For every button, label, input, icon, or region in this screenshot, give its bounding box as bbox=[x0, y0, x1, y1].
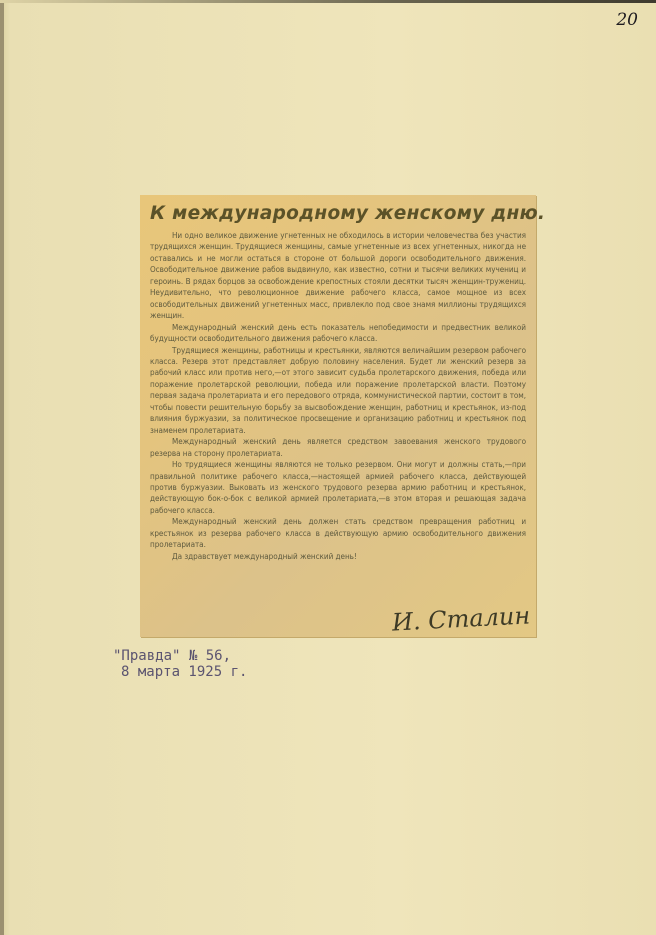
article-paragraph: Международный женский день есть показате… bbox=[150, 322, 526, 345]
archive-sheet: 20 К международному женскому дню. Ни одн… bbox=[0, 0, 656, 935]
article-paragraph: Да здравствует международный женский ден… bbox=[150, 551, 526, 562]
page-number: 20 bbox=[616, 10, 638, 30]
article-paragraph: Трудящиеся женщины, работницы и крестьян… bbox=[150, 345, 526, 437]
article-paragraph: Международный женский день должен стать … bbox=[150, 516, 526, 550]
newspaper-clipping: К международному женскому дню. Ни одно в… bbox=[140, 195, 536, 637]
article-paragraph: Ни одно великое движение угнетенных не о… bbox=[150, 230, 526, 322]
article-paragraph: Международный женский день является сред… bbox=[150, 436, 526, 459]
article-paragraph: Но трудящиеся женщины являются не только… bbox=[150, 459, 526, 516]
article-body: Ни одно великое движение угнетенных не о… bbox=[150, 230, 526, 562]
source-line-publication: "Правда" № 56, bbox=[113, 648, 247, 664]
handwritten-signature: И. Сталин bbox=[391, 601, 530, 636]
source-citation: "Правда" № 56, 8 марта 1925 г. bbox=[113, 648, 247, 680]
source-line-date: 8 марта 1925 г. bbox=[113, 664, 247, 680]
article-title: К международному женскому дню. bbox=[150, 203, 526, 224]
